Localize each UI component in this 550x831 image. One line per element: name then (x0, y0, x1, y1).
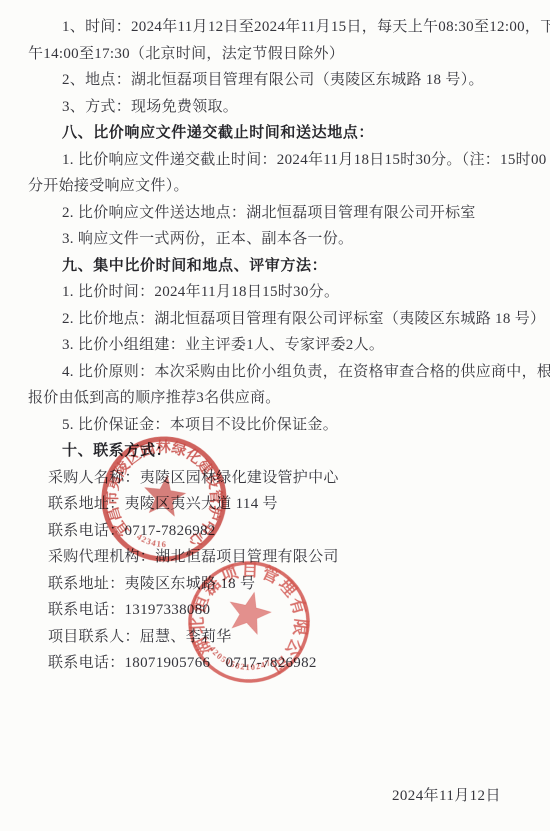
document-line: 2. 比价响应文件送达地点：湖北恒磊项目管理有限公司开标室 (28, 200, 533, 227)
document-date: 2024年11月12日 (392, 784, 501, 805)
document-line: 1. 比价响应文件递交截止时间：2024年11月18日15时30分。（注：15时… (28, 147, 533, 174)
document-line: 3. 响应文件一式两份，正本、副本各一份。 (28, 226, 533, 253)
document-line: 1、时间：2024年11月12日至2024年11月15日，每天上午08:30至1… (28, 14, 533, 41)
document-line: 分开始接受响应文件）。 (28, 173, 533, 200)
document-line: 报价由低到高的顺序推荐3名供应商。 (28, 385, 533, 412)
seal-code: 4205058210247 (204, 642, 274, 678)
document-line: 1. 比价时间：2024年11月18日15时30分。 (28, 279, 533, 306)
document-line: 3. 比价小组组建：业主评委1人、专家评委2人。 (28, 332, 533, 359)
document-page: 1、时间：2024年11月12日至2024年11月15日，每天上午08:30至1… (0, 0, 550, 831)
document-line: 3、方式：现场免费领取。 (28, 94, 533, 121)
document-line: 午14:00至17:30（北京时间，法定节假日除外） (28, 41, 533, 68)
seal-code: 423416 (134, 531, 169, 550)
section-heading: 八、比价响应文件递交截止时间和送达地点： (28, 120, 533, 147)
document-line: 2、地点：湖北恒磊项目管理有限公司（夷陵区东城路 18 号）。 (28, 67, 533, 94)
document-line: 4. 比价原则：本次采购由比价小组负责，在资格审查合格的供应商中，根据 (28, 359, 533, 386)
star-icon (224, 587, 274, 636)
section-heading: 九、集中比价时间和地点、评审方法： (28, 253, 533, 280)
star-icon (141, 473, 187, 517)
document-line: 2. 比价地点：湖北恒磊项目管理有限公司评标室（夷陵区东城路 18 号） (28, 306, 533, 333)
